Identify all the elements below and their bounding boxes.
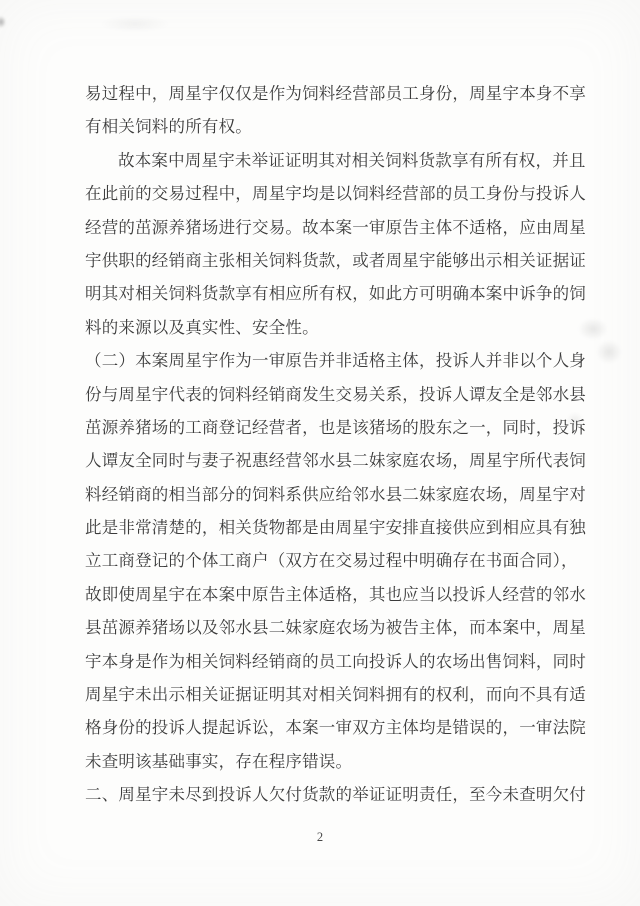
- text-line: 经营的茁源养猪场进行交易。故本案一审原告主体不适格，应由周星: [85, 211, 555, 244]
- text-line: 料经销商的相当部分的饲料系供应给邻水县二妹家庭农场，周星宇对: [85, 478, 555, 511]
- text-line: 立工商登记的个体工商户（双方在交易过程中明确存在书面合同），: [85, 544, 555, 577]
- text-line: 料的来源以及真实性、安全性。: [85, 311, 555, 344]
- text-line: 份与周星宇代表的饲料经销商发生交易关系，投诉人谭友全是邻水县: [85, 378, 555, 411]
- scan-smudge: [100, 16, 170, 32]
- text-line: 县茁源养猪场以及邻水县二妹家庭农场为被告主体，而本案中，周星: [85, 611, 555, 644]
- text-line: 人谭友全同时与妻子祝惠经营邻水县二妹家庭农场，周星宇所代表饲: [85, 444, 555, 477]
- text-line: 此是非常清楚的，相关货物都是由周星宇安排直接供应到相应具有独: [85, 511, 555, 544]
- text-line: 易过程中，周星宇仅仅是作为饲料经营部员工身份，周星宇本身不享: [85, 77, 555, 110]
- text-line: 宇供职的经销商主张相关饲料货款，或者周星宇能够出示相关证据证: [85, 244, 555, 277]
- text-line: 茁源养猪场的工商登记经营者，也是该猪场的股东之一，同时，投诉: [85, 411, 555, 444]
- scan-smudge: [578, 318, 608, 340]
- text-line: 格身份的投诉人提起诉讼，本案一审双方主体均是错误的，一审法院: [85, 711, 555, 744]
- scan-smudge: [0, 16, 6, 28]
- text-line: 未查明该基础事实，存在程序错误。: [85, 745, 555, 778]
- text-line: 宇本身是作为相关饲料经销商的员工向投诉人的农场出售饲料，同时: [85, 645, 555, 678]
- page-number: 2: [0, 830, 640, 845]
- text-line: 有相关饲料的所有权。: [85, 110, 555, 143]
- scan-smudge: [596, 340, 622, 364]
- text-line: （二）本案周星宇作为一审原告并非适格主体，投诉人并非以个人身: [85, 344, 555, 377]
- text-line: 故即使周星宇在本案中原告主体适格，其也应当以投诉人经营的邻水: [85, 578, 555, 611]
- text-line: 周星宇未出示相关证据证明其对相关饲料拥有的权利，而向不具有适: [85, 678, 555, 711]
- text-line: 二、周星宇未尽到投诉人欠付货款的举证证明责任，至今未查明欠付: [85, 778, 555, 811]
- text-line: 在此前的交易过程中，周星宇均是以饲料经营部的员工身份与投诉人: [85, 177, 555, 210]
- document-text-block: 易过程中，周星宇仅仅是作为饲料经营部员工身份，周星宇本身不享有相关饲料的所有权。…: [85, 77, 555, 812]
- document-page: 易过程中，周星宇仅仅是作为饲料经营部员工身份，周星宇本身不享有相关饲料的所有权。…: [0, 0, 640, 906]
- text-line: 明其对相关饲料货款享有相应所有权，如此方可明确本案中诉争的饲: [85, 277, 555, 310]
- text-line: 故本案中周星宇未举证证明其对相关饲料货款享有所有权，并且: [85, 144, 555, 177]
